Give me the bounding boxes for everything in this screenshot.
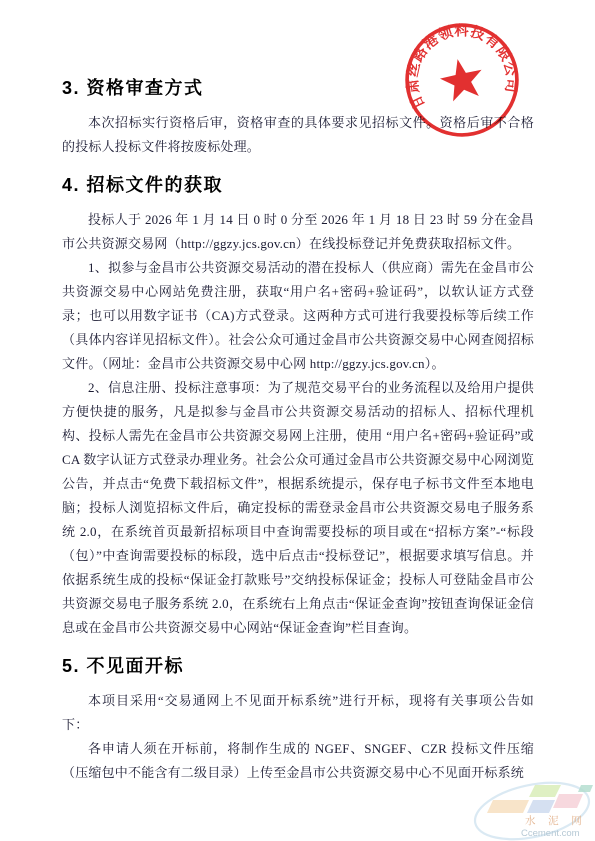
watermark-green-block bbox=[529, 785, 561, 797]
watermark-site-domain: Ccement.com bbox=[521, 828, 580, 839]
document-page: 3. 资格审查方式 本次招标实行资格后审，资格审查的具体要求见招标文件。资格后审… bbox=[0, 0, 595, 841]
paragraph: 2、信息注册、投标注意事项：为了规范交易平台的业务流程以及给用户提供方便快捷的服… bbox=[62, 376, 534, 640]
section-remote-bid-opening: 5. 不见面开标 本项目采用“交易通网上不见面开标系统”进行开标，现将有关事项公… bbox=[62, 654, 534, 785]
section-obtain-documents: 4. 招标文件的获取 投标人于 2026 年 1 月 14 日 0 时 0 分至… bbox=[62, 173, 534, 640]
document-content: 3. 资格审查方式 本次招标实行资格后审，资格审查的具体要求见招标文件。资格后审… bbox=[62, 76, 534, 785]
watermark-site-name: 水 泥 网 bbox=[525, 814, 587, 827]
watermark-blue-block bbox=[527, 800, 555, 813]
ccement-watermark-logo: 水 泥 网 Ccement.com bbox=[469, 780, 595, 841]
section-heading: 5. 不见面开标 bbox=[62, 654, 534, 679]
company-seal: 甘肃丝路港领科技有限公司 bbox=[390, 8, 535, 153]
paragraph: 投标人于 2026 年 1 月 14 日 0 时 0 分至 2026 年 1 月… bbox=[62, 208, 534, 256]
watermark-orange-block bbox=[487, 800, 529, 813]
watermark-teal-block bbox=[578, 785, 593, 792]
paragraph: 1、拟参与金昌市公共资源交易活动的潜在投标人（供应商）需先在金昌市公共资源交易中… bbox=[62, 256, 534, 376]
seal-star-icon bbox=[437, 55, 487, 103]
paragraph: 本项目采用“交易通网上不见面开标系统”进行开标，现将有关事项公告如下： bbox=[62, 689, 534, 737]
watermark-pink-block bbox=[553, 794, 583, 808]
section-heading: 4. 招标文件的获取 bbox=[62, 173, 534, 198]
paragraph: 各申请人须在开标前，将制作生成的 NGEF、SNGEF、CZR 投标文件压缩（压… bbox=[62, 737, 534, 785]
